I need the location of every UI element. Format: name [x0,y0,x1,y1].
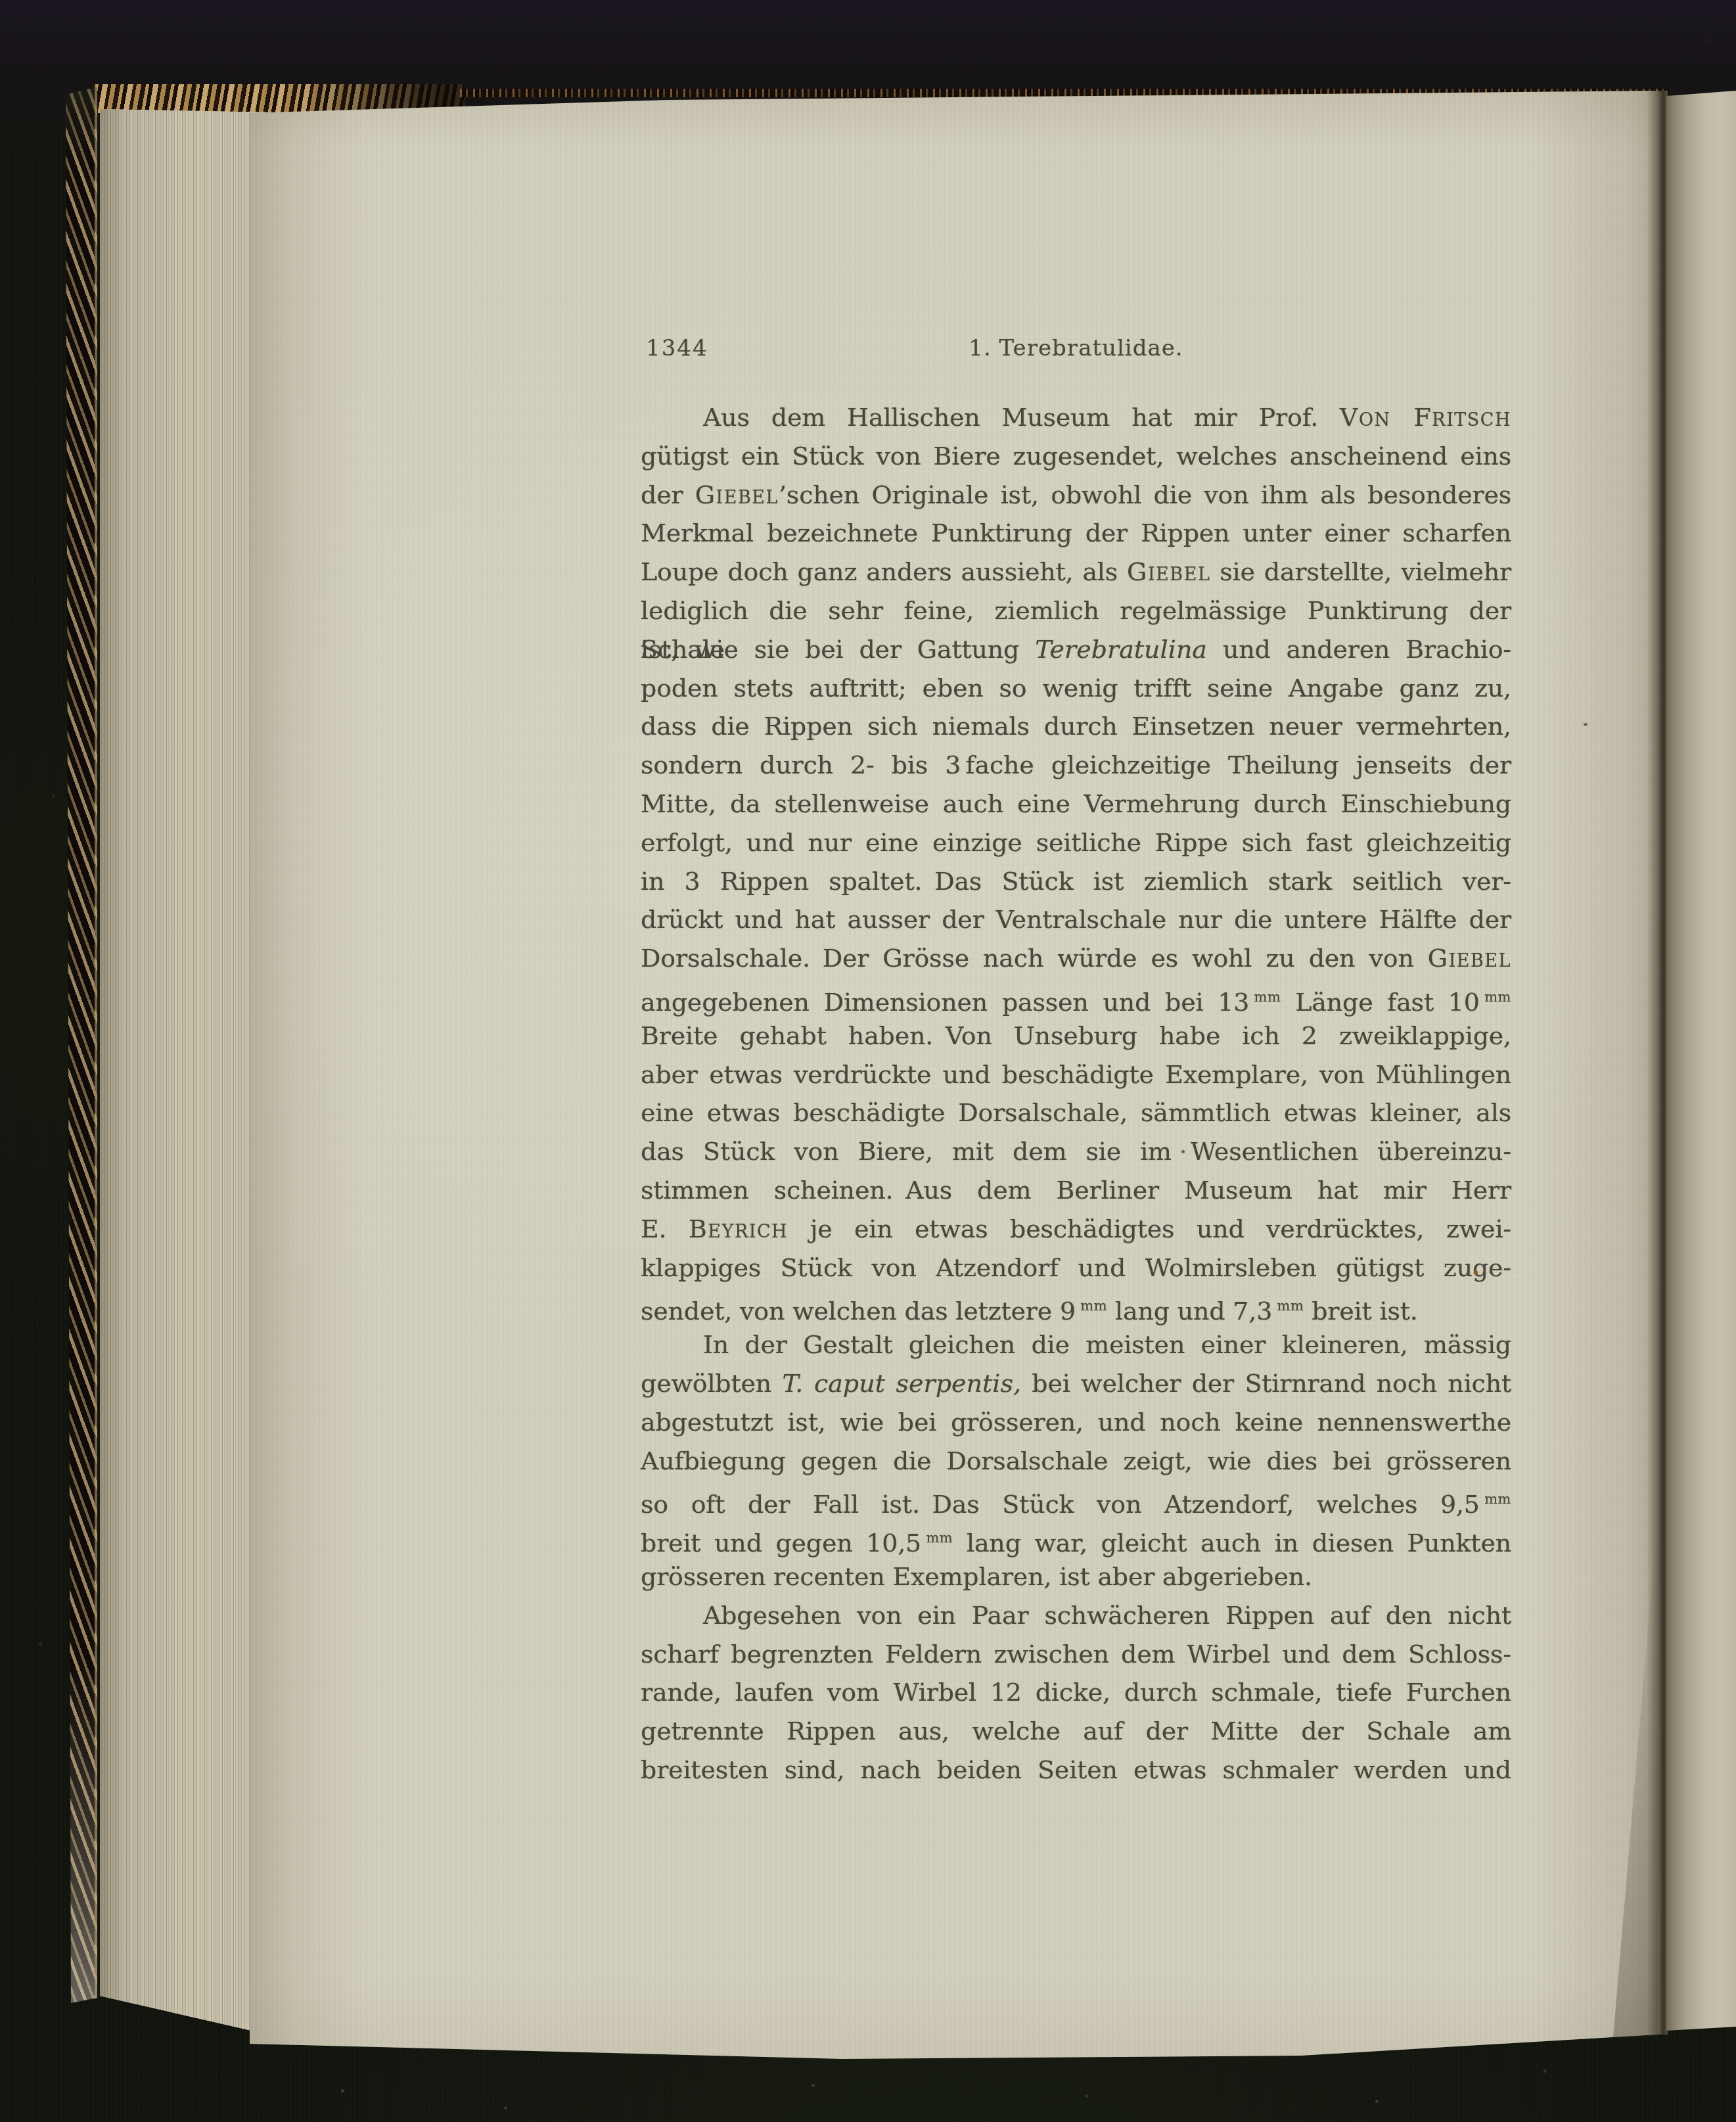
text-line: Aus dem Hallischen Museum hat mir Prof. … [641,398,1511,437]
text-run: stimmen scheinen. Aus dem Berliner Museu… [641,1176,1511,1205]
text-run: angegebenen Dimensionen passen und bei 1… [641,988,1254,1017]
text-run: gewölbten [641,1369,783,1398]
text-line: gewölbten T. caput serpentis, bei welche… [641,1364,1511,1403]
text-line: klappiges Stück von Atzendorf und Wolmir… [641,1249,1511,1287]
text-line: Loupe doch ganz anders aussieht, als Gie… [641,553,1511,591]
text-line: stimmen scheinen. Aus dem Berliner Museu… [641,1171,1511,1210]
gutter-shadow [1647,91,1668,2035]
text-run: ist, wie sie bei der Gattung [641,635,1035,664]
small-caps-name: Giebel [1127,557,1210,586]
text-run: bei welcher der Stirnrand noch nicht [1021,1369,1511,1398]
text-run: getrennte Rippen aus, welche auf der Mit… [641,1717,1511,1745]
text-line: erfolgt, und nur eine einzige seitliche … [641,823,1511,862]
text-line: In der Gestalt gleichen die meisten eine… [641,1326,1511,1364]
text-run: je ein etwas beschädigtes und verdrückte… [788,1214,1511,1243]
superscript-unit: mm [1254,989,1281,1005]
text-run: dass die Rippen sich niemals durch Einse… [641,712,1511,741]
text-run: eine etwas beschädigte Dorsalschale, säm… [641,1098,1511,1127]
text-run: abgestutzt ist, wie bei grösseren, und n… [641,1408,1511,1437]
text-line: sendet, von welchen das letztere 9 mm la… [641,1287,1511,1326]
text-run: sie darstellte, vielmehr [1210,557,1511,586]
page-number: 1344 [646,335,708,361]
text-line: abgestutzt ist, wie bei grösseren, und n… [641,1403,1511,1442]
text-run: klappiges Stück von Atzendorf und Wolmir… [641,1253,1511,1282]
text-run: der [641,480,695,509]
text-line: angegebenen Dimensionen passen und bei 1… [641,978,1511,1017]
text-run: erfolgt, und nur eine einzige seitliche … [641,828,1511,857]
text-run: drückt und hat ausser der Ventralschale … [641,905,1511,934]
text-line: poden stets auftritt; eben so wenig trif… [641,669,1511,708]
text-run: Merkmal bezeichnete Punktirung der Rippe… [641,519,1511,547]
text-run: Aufbiegung gegen die Dorsalschale zeigt,… [641,1446,1511,1475]
text-line: dass die Rippen sich niemals durch Einse… [641,707,1511,746]
text-line: Merkmal bezeichnete Punktirung der Rippe… [641,514,1511,553]
small-caps-name: Von Fritsch [1340,403,1511,432]
page-header: 1344 1. Terebratulidae. [641,335,1511,369]
text-run: grösseren recenten Exemplaren, ist aber … [641,1562,1312,1591]
dust-specks [0,0,2,2]
text-run: sondern durch 2- bis 3 fache gleichzeiti… [641,750,1511,779]
page-text: Aus dem Hallischen Museum hat mir Prof. … [641,398,1511,1789]
ink-speck [1584,723,1588,726]
text-run: Dorsalschale. Der Grösse nach würde es w… [641,944,1428,973]
superscript-unit: mm [926,1530,953,1546]
italic-taxon: T. caput serpentis, [783,1369,1021,1398]
text-run: Breite gehabt haben. Von Unseburg habe i… [641,1021,1511,1050]
text-run: gütigst ein Stück von Biere zugesendet, … [641,442,1511,471]
text-run: und anderen Brachio- [1207,635,1511,664]
superscript-unit: mm [1277,1298,1304,1314]
text-run: lang und 7,3 [1107,1297,1277,1326]
text-run: Mitte, da stellenweise auch eine Vermehr… [641,789,1511,818]
foxing-speck [1473,1270,1478,1275]
superscript-unit: mm [1484,1491,1511,1507]
text-run: E. [641,1214,689,1243]
text-line: grösseren recenten Exemplaren, ist aber … [641,1557,1511,1596]
text-run: Abgesehen von ein Paar schwächeren Rippe… [703,1601,1511,1630]
small-caps-name: Giebel [1428,944,1511,973]
text-line: gütigst ein Stück von Biere zugesendet, … [641,437,1511,476]
text-line: sondern durch 2- bis 3 fache gleichzeiti… [641,746,1511,785]
text-run: lang war, gleicht auch in diesen Punkten [953,1529,1511,1557]
text-line: breitesten sind, nach beiden Seiten etwa… [641,1751,1511,1789]
text-line: so oft der Fall ist. Das Stück von Atzen… [641,1480,1511,1519]
text-run: poden stets auftritt; eben so wenig trif… [641,674,1511,703]
book-spine-edge [66,87,97,2003]
text-run: Loupe doch ganz anders aussieht, als [641,557,1127,586]
text-line: drückt und hat ausser der Ventralschale … [641,900,1511,939]
printers-dot [1181,1150,1185,1153]
text-line: scharf begrenzten Feldern zwischen dem W… [641,1635,1511,1674]
text-run: in 3 Rippen spaltet. Das Stück ist zieml… [641,867,1511,896]
text-line: Mitte, da stellenweise auch eine Vermehr… [641,785,1511,823]
italic-taxon: Terebratulina [1035,635,1207,664]
superscript-unit: mm [1080,1298,1107,1314]
book-page: 1344 1. Terebratulidae. Aus dem Hallisch… [250,91,1668,2060]
text-run: ’schen Originale ist, obwohl die von ihm… [779,480,1511,509]
text-line: ist, wie sie bei der Gattung Terebratuli… [641,630,1511,669]
text-line: breit und gegen 10,5 mm lang war, gleich… [641,1519,1511,1557]
text-line: das Stück von Biere, mit dem sie im Wese… [641,1132,1511,1171]
text-line: in 3 Rippen spaltet. Das Stück ist zieml… [641,862,1511,901]
text-run: sendet, von welchen das letztere 9 [641,1297,1080,1326]
text-line: getrennte Rippen aus, welche auf der Mit… [641,1712,1511,1751]
text-line: lediglich die sehr feine, ziemlich regel… [641,591,1511,630]
book-scan-scene: 1344 1. Terebratulidae. Aus dem Hallisch… [0,0,1736,2122]
text-line: eine etwas beschädigte Dorsalschale, säm… [641,1094,1511,1132]
running-title: 1. Terebratulidae. [641,335,1511,361]
text-line: rande, laufen vom Wirbel 12 dicke, durch… [641,1673,1511,1712]
text-run: breit und gegen 10,5 [641,1529,926,1557]
text-line: E. Beyrich je ein etwas beschädigtes und… [641,1210,1511,1249]
text-run: aber etwas verdrückte und beschädigte Ex… [641,1060,1511,1089]
text-run: breitesten sind, nach beiden Seiten etwa… [641,1755,1511,1784]
adjacent-page-edge [1666,91,1736,2033]
small-caps-name: Giebel [695,480,779,509]
text-line: Aufbiegung gegen die Dorsalschale zeigt,… [641,1442,1511,1481]
text-line: aber etwas verdrückte und beschädigte Ex… [641,1055,1511,1094]
text-line: Breite gehabt haben. Von Unseburg habe i… [641,1017,1511,1055]
text-line: der Giebel’schen Originale ist, obwohl d… [641,476,1511,515]
text-run: Länge fast 10 [1281,988,1484,1017]
text-run: Aus dem Hallischen Museum hat mir Prof. [703,403,1340,432]
text-run: das Stück von Biere, mit dem sie im Wese… [641,1137,1511,1166]
text-run: rande, laufen vom Wirbel 12 dicke, durch… [641,1678,1511,1707]
text-line: Dorsalschale. Der Grösse nach würde es w… [641,939,1511,978]
text-line: Abgesehen von ein Paar schwächeren Rippe… [641,1596,1511,1635]
text-run: so oft der Fall ist. Das Stück von Atzen… [641,1490,1484,1519]
small-caps-name: Beyrich [689,1214,788,1243]
superscript-unit: mm [1484,989,1511,1005]
text-run: breit ist. [1304,1297,1417,1326]
text-run: In der Gestalt gleichen die meisten eine… [703,1330,1511,1359]
text-run: scharf begrenzten Feldern zwischen dem W… [641,1640,1511,1669]
